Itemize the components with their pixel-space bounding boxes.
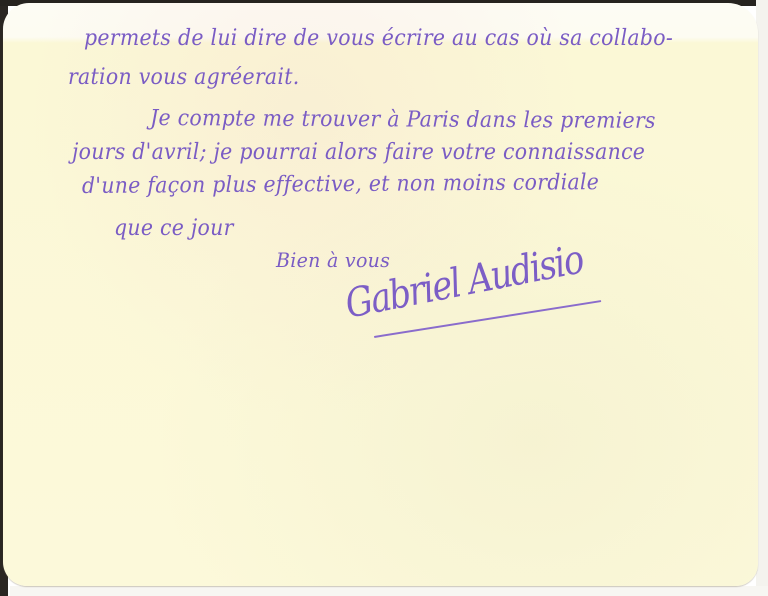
letter-line-3: Je compte me trouver à Paris dans les pr…: [150, 106, 656, 134]
scan-frame: permets de lui dire de vous écrire au ca…: [0, 0, 768, 596]
scanner-bottom-edge: [10, 586, 768, 596]
letter-line-2: ration vous agréerait.: [68, 65, 299, 90]
letter-line-6: que ce jour: [114, 216, 234, 241]
letter-closing: Bien à vous: [276, 248, 390, 272]
letter-line-1: permets de lui dire de vous écrire au ca…: [84, 26, 673, 51]
letter-line-5: d'une façon plus effective, et non moins…: [82, 170, 599, 199]
letter-line-4: jours d'avril; je pourrai alors faire vo…: [72, 140, 645, 165]
